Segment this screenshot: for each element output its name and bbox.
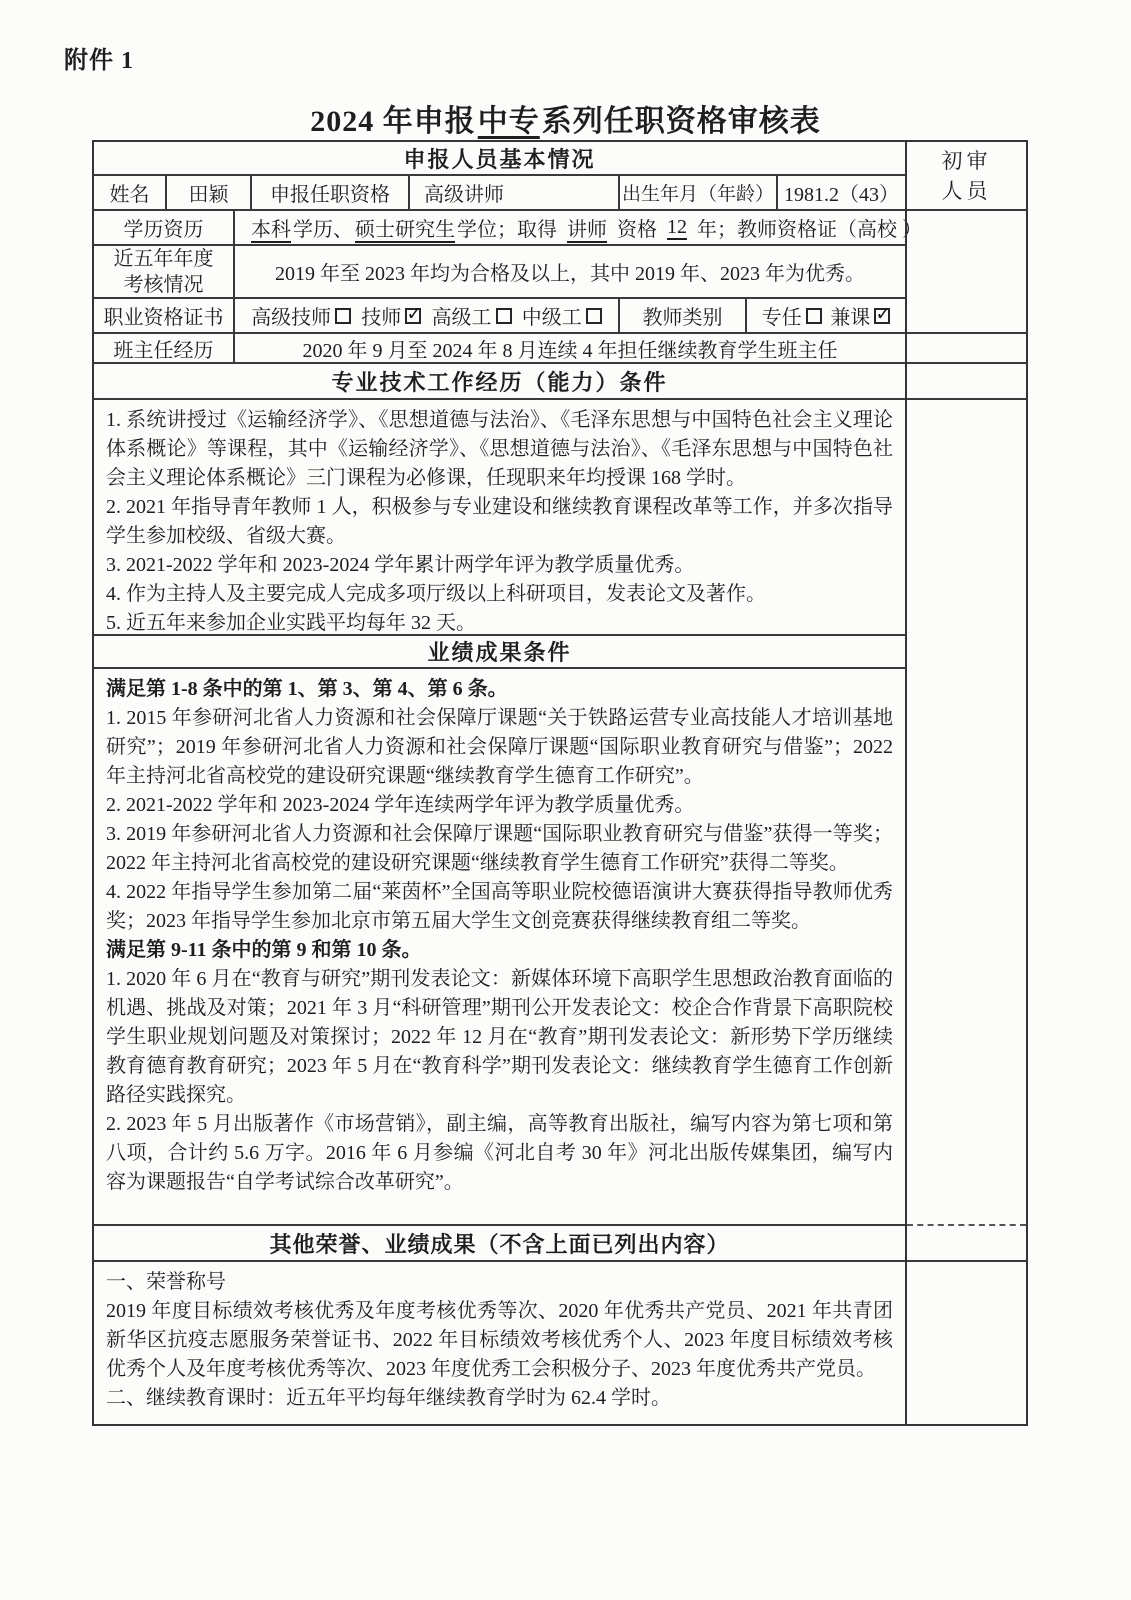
education-text4: 年；教师资格证（高校 ） — [697, 213, 922, 242]
section-header-achievements: 业绩成果条件 — [94, 636, 905, 669]
achievements-item: 1. 2020 年 6 月在“教育与研究”期刊发表论文：新媒体环境下高职学生思想… — [106, 965, 893, 1110]
checkbox-label: 专任 — [762, 301, 802, 330]
head-teacher-row: 班主任经历 2020 年 9 月至 2024 年 8 月连续 4 年担任继续教育… — [94, 334, 905, 364]
form-title-prefix: 2024 年申报 — [310, 105, 476, 138]
reviewer-empty-cell — [907, 400, 1026, 1226]
assessment-row: 近五年年度 考核情况 2019 年至 2023 年均为合格及以上，其中 2019… — [94, 246, 905, 299]
checkbox-label: 高级技师 — [251, 301, 331, 330]
education-rank: 讲师 — [557, 213, 617, 242]
birth-date-value: 1981.2（43） — [778, 176, 905, 209]
education-degree2: 硕士研究生 — [353, 213, 457, 242]
achievements-item: 1. 2015 年参研河北省人力资源和社会保障厅课题“关于铁路运营专业高技能人才… — [106, 704, 893, 791]
head-teacher-value: 2020 年 9 月至 2024 年 8 月连续 4 年担任继续教育学生班主任 — [235, 334, 905, 362]
apply-qualification-value: 高级讲师 — [410, 176, 620, 209]
form-title-suffix: 系列任职资格审核表 — [542, 105, 821, 138]
other-honors-item: 二、继续教育课时：近五年平均每年继续教育学时为 62.4 学时。 — [106, 1384, 893, 1413]
section-header-basic-info: 申报人员基本情况 — [94, 142, 905, 176]
reviewer-empty-cell — [907, 1262, 1026, 1424]
other-honors-content: 一、荣誉称号 2019 年度目标绩效考核优秀及年度考核优秀等次、2020 年优秀… — [94, 1262, 905, 1424]
reviewer-empty-cell — [907, 1226, 1026, 1262]
attachment-label: 附件 1 — [64, 40, 134, 75]
section-header-professional: 专业技术工作经历（能力）条件 — [94, 364, 905, 400]
review-table-side: 初审 人员 — [905, 142, 1026, 1424]
checkbox-checked-icon — [874, 308, 890, 324]
professional-content: 1. 系统讲授过《运输经济学》、《思想道德与法治》、《毛泽东思想与中国特色社会主… — [94, 400, 905, 636]
apply-qualification-label: 申报任职资格 — [252, 176, 410, 209]
head-teacher-label: 班主任经历 — [94, 334, 235, 362]
checkbox-item-fulltime: 专任 — [762, 301, 822, 330]
achievements-intro-1: 满足第 1-8 条中的第 1、第 3、第 4、第 6 条。 — [106, 675, 893, 704]
reviewer-empty-cell — [907, 364, 1026, 400]
review-table: 申报人员基本情况 姓名 田颖 申报任职资格 高级讲师 出生年月（年龄） 1981… — [92, 140, 1028, 1426]
education-label: 学历资历 — [94, 211, 235, 244]
name-label: 姓名 — [94, 176, 167, 209]
checkbox-label: 中级工 — [522, 301, 582, 330]
professional-item: 1. 系统讲授过《运输经济学》、《思想道德与法治》、《毛泽东思想与中国特色社会主… — [106, 406, 893, 493]
reviewer-header-cell: 初审 人员 — [907, 142, 1026, 211]
name-value: 田颖 — [167, 176, 252, 209]
checkbox-item-parttime: 兼课 — [830, 301, 890, 330]
vocational-row: 职业资格证书 高级技师 技师 高级工 中级工 教师类别 专任 兼课 — [94, 299, 905, 334]
reviewer-label-line1: 初审 — [942, 146, 992, 176]
education-text1: 学历、 — [293, 213, 353, 242]
reviewer-empty-cell — [907, 334, 1026, 364]
teacher-type-checkbox-group: 专任 兼课 — [747, 301, 905, 330]
other-honors-item: 2019 年度目标绩效考核优秀及年度考核优秀等次、2020 年优秀共产党员、20… — [106, 1297, 893, 1384]
checkbox-label: 技师 — [361, 301, 401, 330]
assessment-label: 近五年年度 考核情况 — [94, 246, 235, 297]
vocational-label: 职业资格证书 — [94, 299, 235, 332]
achievements-intro-2: 满足第 9-11 条中的第 9 和第 10 条。 — [106, 936, 893, 965]
checkbox-icon — [806, 308, 822, 324]
vocational-options: 高级技师 技师 高级工 中级工 — [235, 299, 620, 332]
teacher-type-label: 教师类别 — [620, 299, 747, 332]
basic-info-row: 姓名 田颖 申报任职资格 高级讲师 出生年月（年龄） 1981.2（43） — [94, 176, 905, 211]
other-honors-item: 一、荣誉称号 — [106, 1268, 893, 1297]
education-years: 12 — [657, 216, 697, 239]
checkbox-label: 兼课 — [830, 301, 870, 330]
assessment-value: 2019 年至 2023 年均为合格及以上，其中 2019 年、2023 年为优… — [235, 246, 905, 297]
professional-item: 2. 2021 年指导青年教师 1 人，积极参与专业建设和继续教育课程改革等工作… — [106, 493, 893, 551]
achievements-item: 2. 2023 年 5 月出版著作《市场营销》，副主编，高等教育出版社，编写内容… — [106, 1110, 893, 1197]
checkbox-item-technician: 技师 — [361, 301, 421, 330]
checkbox-item-intermediate-worker: 中级工 — [522, 301, 602, 330]
checkbox-item-senior-worker: 高级工 — [432, 301, 512, 330]
form-title-underlined: 中专 — [476, 105, 542, 138]
assessment-label-line2: 考核情况 — [124, 272, 204, 298]
checkbox-icon — [496, 308, 512, 324]
achievements-item: 3. 2019 年参研河北省人力资源和社会保障厅课题“国际职业教育研究与借鉴”获… — [106, 820, 893, 878]
checkbox-checked-icon — [405, 308, 421, 324]
education-degree1: 本科 — [249, 213, 293, 242]
reviewer-empty-cell — [907, 211, 1026, 334]
achievements-content: 满足第 1-8 条中的第 1、第 3、第 4、第 6 条。 1. 2015 年参… — [94, 669, 905, 1226]
review-table-main: 申报人员基本情况 姓名 田颖 申报任职资格 高级讲师 出生年月（年龄） 1981… — [94, 142, 905, 1424]
achievements-item: 2. 2021-2022 学年和 2023-2024 学年连续两学年评为教学质量… — [106, 791, 893, 820]
teacher-type-options: 专任 兼课 — [747, 299, 905, 332]
professional-item: 5. 近五年来参加企业实践平均每年 32 天。 — [106, 609, 893, 638]
education-text2: 学位；取得 — [457, 213, 557, 242]
achievements-item: 4. 2022 年指导学生参加第二届“莱茵杯”全国高等职业院校德语演讲大赛获得指… — [106, 878, 893, 936]
scanned-form-page: 附件 1 2024 年申报中专系列任职资格审核表 申报人员基本情况 姓名 田颖 … — [0, 0, 1131, 1600]
assessment-label-line1: 近五年年度 — [114, 246, 214, 272]
vocational-checkbox-group: 高级技师 技师 高级工 中级工 — [235, 301, 618, 330]
education-value: 本科学历、硕士研究生 学位；取得讲师资格12年；教师资格证（高校 ） — [235, 211, 905, 244]
professional-item: 4. 作为主持人及主要完成人完成多项厅级以上科研项目，发表论文及著作。 — [106, 580, 893, 609]
education-text3: 资格 — [617, 213, 657, 242]
education-row: 学历资历 本科学历、硕士研究生 学位；取得讲师资格12年；教师资格证（高校 ） — [94, 211, 905, 246]
checkbox-label: 高级工 — [432, 301, 492, 330]
section-header-other-honors: 其他荣誉、业绩成果（不含上面已列出内容） — [94, 1226, 905, 1262]
professional-item: 3. 2021-2022 学年和 2023-2024 学年累计两学年评为教学质量… — [106, 551, 893, 580]
reviewer-label-line2: 人员 — [942, 176, 992, 206]
birth-date-label: 出生年月（年龄） — [620, 176, 778, 209]
checkbox-item-senior-technician: 高级技师 — [251, 301, 351, 330]
checkbox-icon — [586, 308, 602, 324]
checkbox-icon — [335, 308, 351, 324]
form-title: 2024 年申报中专系列任职资格审核表 — [0, 96, 1131, 140]
